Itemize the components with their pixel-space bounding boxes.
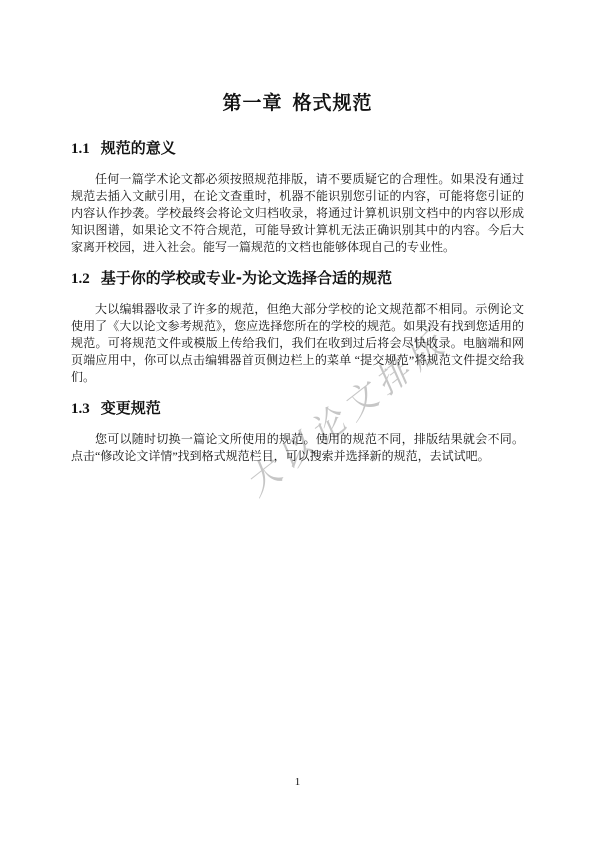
section-heading-1-2: 1.2基于你的学校或专业-为论文选择合适的规范: [71, 269, 524, 288]
section-number: 1.2: [71, 271, 90, 287]
section-heading-text: 基于你的学校或专业-为论文选择合适的规范: [101, 269, 392, 287]
section-paragraph-1-1: 任何一篇学术论文都必须按照规范排版，请不要质疑它的合理性。如果没有通过规范去插入…: [71, 171, 524, 256]
document-page: 大以论文排版 第一章格式规范 1.1规范的意义 任何一篇学术论文都必须按照规范排…: [0, 0, 595, 842]
section-number: 1.3: [71, 401, 90, 417]
page-number: 1: [0, 775, 595, 789]
section-paragraph-1-3: 您可以随时切换一篇论文所使用的规范。使用的规范不同，排版结果就会不同。点击“修改…: [71, 431, 524, 465]
section-heading-text: 规范的意义: [101, 139, 176, 157]
chapter-number: 第一章: [222, 92, 282, 114]
page-content: 第一章格式规范 1.1规范的意义 任何一篇学术论文都必须按照规范排版，请不要质疑…: [71, 0, 524, 465]
section-number: 1.1: [71, 141, 90, 157]
chapter-title-text: 格式规范: [293, 92, 373, 114]
section-heading-text: 变更规范: [101, 399, 161, 417]
section-heading-1-1: 1.1规范的意义: [71, 139, 524, 158]
section-heading-1-3: 1.3变更规范: [71, 399, 524, 418]
chapter-title: 第一章格式规范: [71, 0, 524, 115]
section-paragraph-1-2: 大以编辑器收录了许多的规范，但绝大部分学校的论文规范都不相同。示例论文使用了《大…: [71, 301, 524, 386]
